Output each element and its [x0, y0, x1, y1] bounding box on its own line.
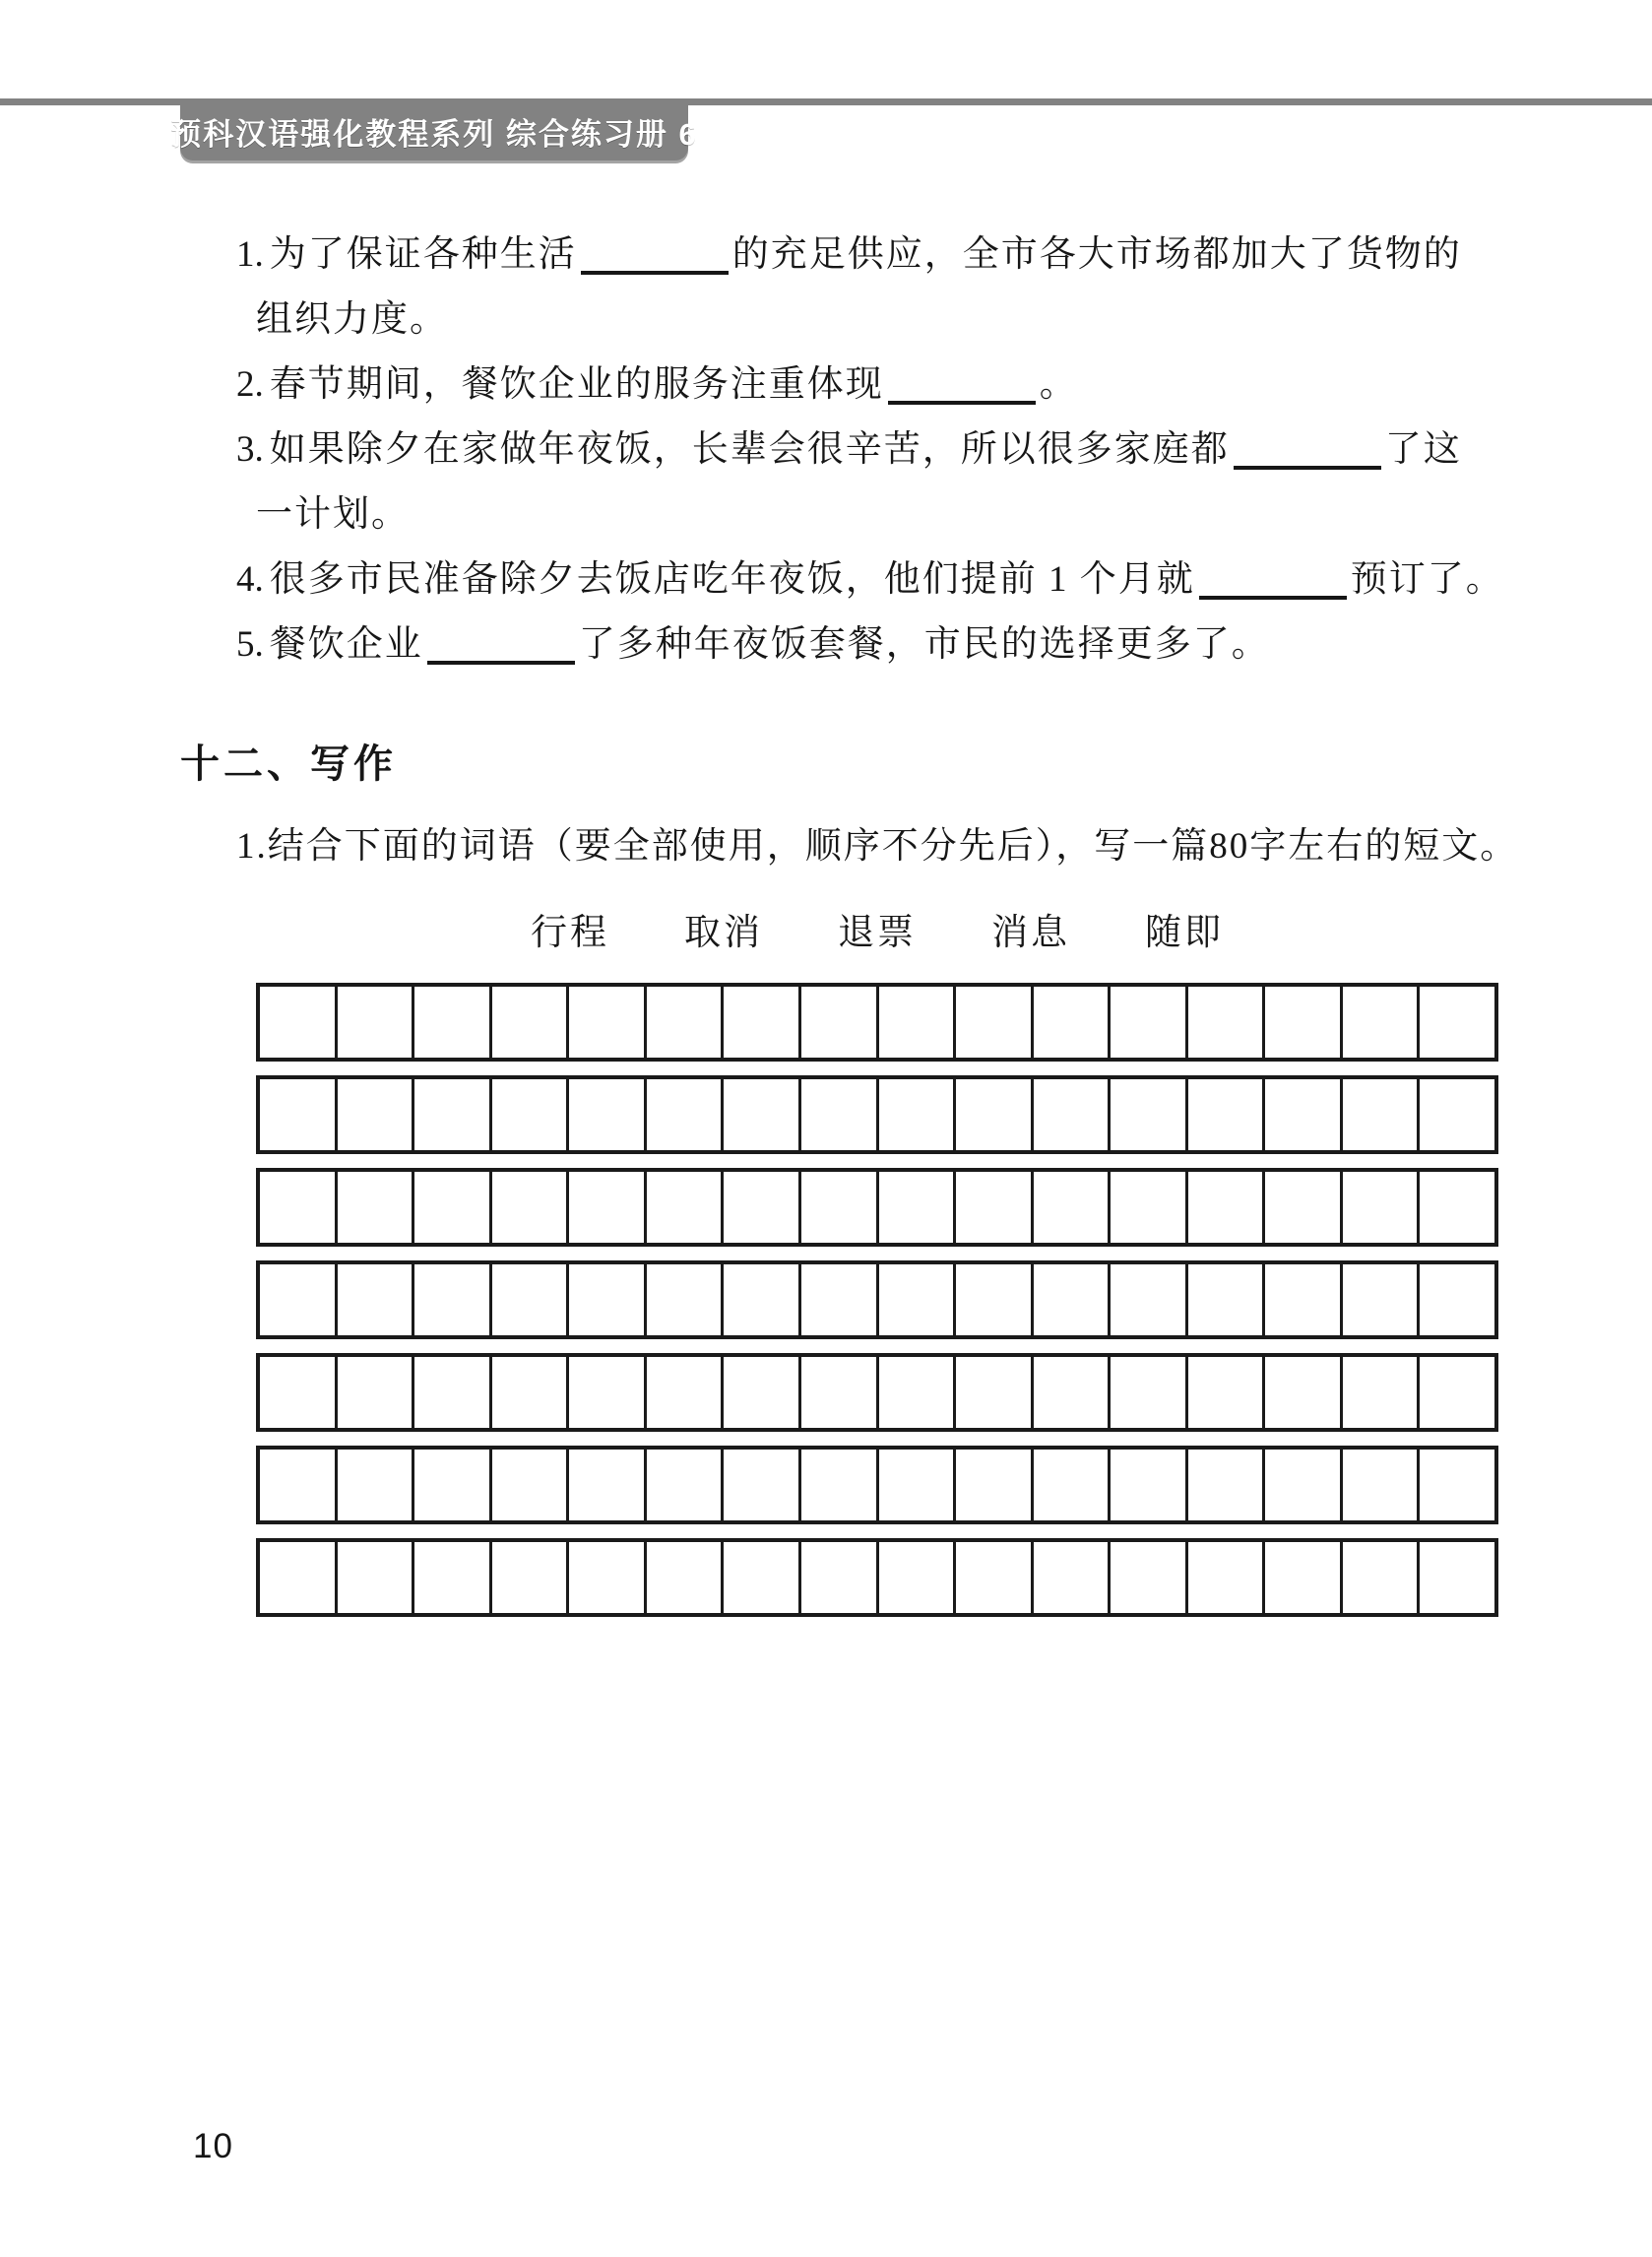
grid-cell: [260, 1357, 338, 1428]
grid-cell: [569, 987, 647, 1058]
fill-in-blank: [581, 241, 729, 275]
grid-row: [256, 1446, 1498, 1524]
grid-cell: [724, 1079, 801, 1150]
grid-cell: [414, 987, 492, 1058]
item-number: 1.: [236, 234, 270, 275]
grid-cell: [1188, 1450, 1266, 1520]
grid-cell: [338, 1450, 415, 1520]
grid-cell: [1265, 987, 1343, 1058]
grid-cell: [569, 1172, 647, 1243]
book-series-title: 预科汉语强化教程系列 综合练习册 6: [170, 109, 697, 154]
item-text-before: 春节期间，餐饮企业的服务注重体现: [270, 364, 884, 405]
item-number: 2.: [236, 364, 270, 405]
word-bank: 行程 取消 退票 消息 随即: [256, 902, 1498, 955]
item-text-after: 预订了。: [1351, 559, 1504, 600]
grid-cell: [1111, 1172, 1188, 1243]
page-number: 10: [193, 2127, 233, 2166]
grid-cell: [1265, 1264, 1343, 1335]
grid-cell: [724, 1172, 801, 1243]
item-text-before: 如果除夕在家做年夜饭，长辈会很辛苦，所以很多家庭都: [270, 429, 1230, 470]
grid-cell: [879, 1172, 957, 1243]
grid-cell: [647, 1542, 725, 1613]
grid-cell: [1265, 1450, 1343, 1520]
item-text-before: 为了保证各种生活: [270, 234, 577, 275]
item-text-before: 餐饮企业: [270, 624, 423, 665]
grid-cell: [1188, 1079, 1266, 1150]
fill-in-blank: [427, 631, 575, 665]
word-item: 行程: [531, 902, 609, 955]
grid-cell: [647, 1172, 725, 1243]
workbook-page: 预科汉语强化教程系列 综合练习册 6 1.为了保证各种生活的充足供应，全市各大市…: [0, 0, 1652, 2257]
grid-cell: [260, 1264, 338, 1335]
grid-cell: [801, 1357, 879, 1428]
grid-cell: [1111, 1079, 1188, 1150]
exercise-item: 1.为了保证各种生活的充足供应，全市各大市场都加大了货物的 组织力度。: [236, 223, 1479, 353]
grid-cell: [879, 1357, 957, 1428]
grid-cell: [1420, 1079, 1494, 1150]
grid-cell: [260, 1450, 338, 1520]
grid-cell: [1188, 1357, 1266, 1428]
grid-cell: [1111, 1542, 1188, 1613]
item-number: 4.: [236, 559, 270, 600]
grid-row: [256, 1168, 1498, 1247]
grid-cell: [569, 1450, 647, 1520]
item-text-after: 了多种年夜饭套餐，市民的选择更多了。: [579, 624, 1270, 665]
grid-cell: [414, 1172, 492, 1243]
item-line: 4.很多市民准备除夕去饭店吃年夜饭，他们提前 1 个月就预订了。: [236, 548, 1479, 613]
grid-cell: [414, 1357, 492, 1428]
grid-cell: [1188, 987, 1266, 1058]
grid-cell: [1034, 987, 1112, 1058]
item-text-continuation: 组织力度。: [256, 299, 448, 340]
item-line: 3.如果除夕在家做年夜饭，长辈会很辛苦，所以很多家庭都了这: [236, 418, 1479, 483]
item-line: 2.春节期间，餐饮企业的服务注重体现。: [236, 353, 1479, 418]
grid-cell: [1034, 1357, 1112, 1428]
grid-cell: [1420, 1172, 1494, 1243]
grid-cell: [492, 1357, 570, 1428]
grid-cell: [1034, 1079, 1112, 1150]
item-text-before: 很多市民准备除夕去饭店吃年夜饭，他们提前 1 个月就: [270, 559, 1195, 600]
grid-cell: [801, 987, 879, 1058]
grid-cell: [569, 1357, 647, 1428]
grid-row: [256, 1260, 1498, 1339]
exercise-item: 5.餐饮企业了多种年夜饭套餐，市民的选择更多了。: [236, 613, 1479, 677]
grid-cell: [492, 1264, 570, 1335]
grid-cell: [260, 987, 338, 1058]
grid-cell: [1034, 1172, 1112, 1243]
grid-cell: [1265, 1172, 1343, 1243]
grid-cell: [338, 1172, 415, 1243]
grid-cell: [338, 987, 415, 1058]
grid-cell: [956, 987, 1034, 1058]
grid-cell: [1034, 1542, 1112, 1613]
grid-cell: [879, 1542, 957, 1613]
item-text-continuation: 一计划。: [256, 494, 410, 535]
grid-cell: [338, 1264, 415, 1335]
grid-cell: [801, 1542, 879, 1613]
grid-row: [256, 983, 1498, 1062]
item-text-after: 了这: [1385, 429, 1462, 470]
grid-cell: [1420, 1450, 1494, 1520]
grid-cell: [956, 1172, 1034, 1243]
grid-cell: [1111, 1264, 1188, 1335]
grid-cell: [1343, 1357, 1421, 1428]
grid-cell: [260, 1172, 338, 1243]
section-heading: 十二、写作: [180, 733, 397, 789]
grid-cell: [1420, 987, 1494, 1058]
item-text-after: 的充足供应，全市各大市场都加大了货物的: [732, 234, 1462, 275]
grid-cell: [1111, 1357, 1188, 1428]
grid-cell: [338, 1357, 415, 1428]
grid-row: [256, 1538, 1498, 1617]
grid-cell: [879, 1264, 957, 1335]
word-item: 取消: [684, 902, 763, 955]
grid-cell: [1188, 1264, 1266, 1335]
grid-cell: [956, 1542, 1034, 1613]
grid-cell: [879, 987, 957, 1058]
item-number: 5.: [236, 624, 270, 665]
exercise-item: 3.如果除夕在家做年夜饭，长辈会很辛苦，所以很多家庭都了这 一计划。: [236, 418, 1479, 548]
grid-cell: [492, 1079, 570, 1150]
grid-cell: [724, 987, 801, 1058]
item-line: 5.餐饮企业了多种年夜饭套餐，市民的选择更多了。: [236, 613, 1479, 677]
grid-cell: [492, 987, 570, 1058]
exercise-item: 2.春节期间，餐饮企业的服务注重体现。: [236, 353, 1479, 418]
grid-cell: [724, 1264, 801, 1335]
grid-cell: [647, 1450, 725, 1520]
grid-cell: [569, 1542, 647, 1613]
grid-cell: [1111, 987, 1188, 1058]
grid-cell: [956, 1357, 1034, 1428]
exercise-item: 4.很多市民准备除夕去饭店吃年夜饭，他们提前 1 个月就预订了。: [236, 548, 1479, 613]
grid-cell: [338, 1079, 415, 1150]
grid-cell: [801, 1079, 879, 1150]
item-line: 组织力度。: [236, 288, 1479, 353]
writing-grid: [256, 983, 1498, 1631]
grid-cell: [414, 1542, 492, 1613]
exercise-item-list: 1.为了保证各种生活的充足供应，全市各大市场都加大了货物的 组织力度。 2.春节…: [236, 223, 1479, 677]
grid-cell: [569, 1079, 647, 1150]
grid-cell: [1188, 1172, 1266, 1243]
grid-cell: [1343, 1079, 1421, 1150]
fill-in-blank: [888, 371, 1036, 405]
grid-cell: [956, 1450, 1034, 1520]
grid-cell: [1343, 1542, 1421, 1613]
grid-cell: [414, 1450, 492, 1520]
grid-cell: [260, 1542, 338, 1613]
grid-cell: [724, 1357, 801, 1428]
grid-cell: [879, 1450, 957, 1520]
word-item: 随即: [1145, 902, 1224, 955]
grid-cell: [338, 1542, 415, 1613]
grid-cell: [414, 1079, 492, 1150]
grid-cell: [1188, 1542, 1266, 1613]
grid-cell: [1034, 1450, 1112, 1520]
grid-cell: [1343, 987, 1421, 1058]
grid-cell: [569, 1264, 647, 1335]
item-line: 一计划。: [236, 483, 1479, 548]
writing-instruction: 1.结合下面的词语（要全部使用，顺序不分先后），写一篇80字左右的短文。: [236, 819, 1518, 874]
word-item: 消息: [991, 902, 1070, 955]
grid-cell: [1343, 1172, 1421, 1243]
grid-row: [256, 1353, 1498, 1432]
grid-cell: [492, 1172, 570, 1243]
grid-cell: [1420, 1542, 1494, 1613]
grid-cell: [1343, 1264, 1421, 1335]
grid-cell: [260, 1079, 338, 1150]
item-number: 3.: [236, 429, 270, 470]
grid-cell: [1420, 1357, 1494, 1428]
grid-cell: [956, 1264, 1034, 1335]
grid-cell: [647, 1357, 725, 1428]
header-tab: 预科汉语强化教程系列 综合练习册 6: [180, 98, 688, 163]
grid-cell: [492, 1542, 570, 1613]
grid-cell: [647, 987, 725, 1058]
grid-cell: [1111, 1450, 1188, 1520]
grid-cell: [879, 1079, 957, 1150]
grid-cell: [801, 1450, 879, 1520]
grid-row: [256, 1075, 1498, 1154]
grid-cell: [801, 1172, 879, 1243]
grid-cell: [956, 1079, 1034, 1150]
grid-cell: [1343, 1450, 1421, 1520]
item-line: 1.为了保证各种生活的充足供应，全市各大市场都加大了货物的: [236, 223, 1479, 288]
fill-in-blank: [1234, 436, 1381, 470]
grid-cell: [1265, 1542, 1343, 1613]
grid-cell: [1265, 1079, 1343, 1150]
grid-cell: [647, 1264, 725, 1335]
grid-cell: [414, 1264, 492, 1335]
fill-in-blank: [1199, 566, 1347, 600]
word-item: 退票: [838, 902, 917, 955]
grid-cell: [724, 1450, 801, 1520]
grid-cell: [647, 1079, 725, 1150]
grid-cell: [1034, 1264, 1112, 1335]
grid-cell: [801, 1264, 879, 1335]
item-text-after: 。: [1040, 364, 1078, 405]
grid-cell: [724, 1542, 801, 1613]
grid-cell: [1420, 1264, 1494, 1335]
grid-cell: [1265, 1357, 1343, 1428]
grid-cell: [492, 1450, 570, 1520]
